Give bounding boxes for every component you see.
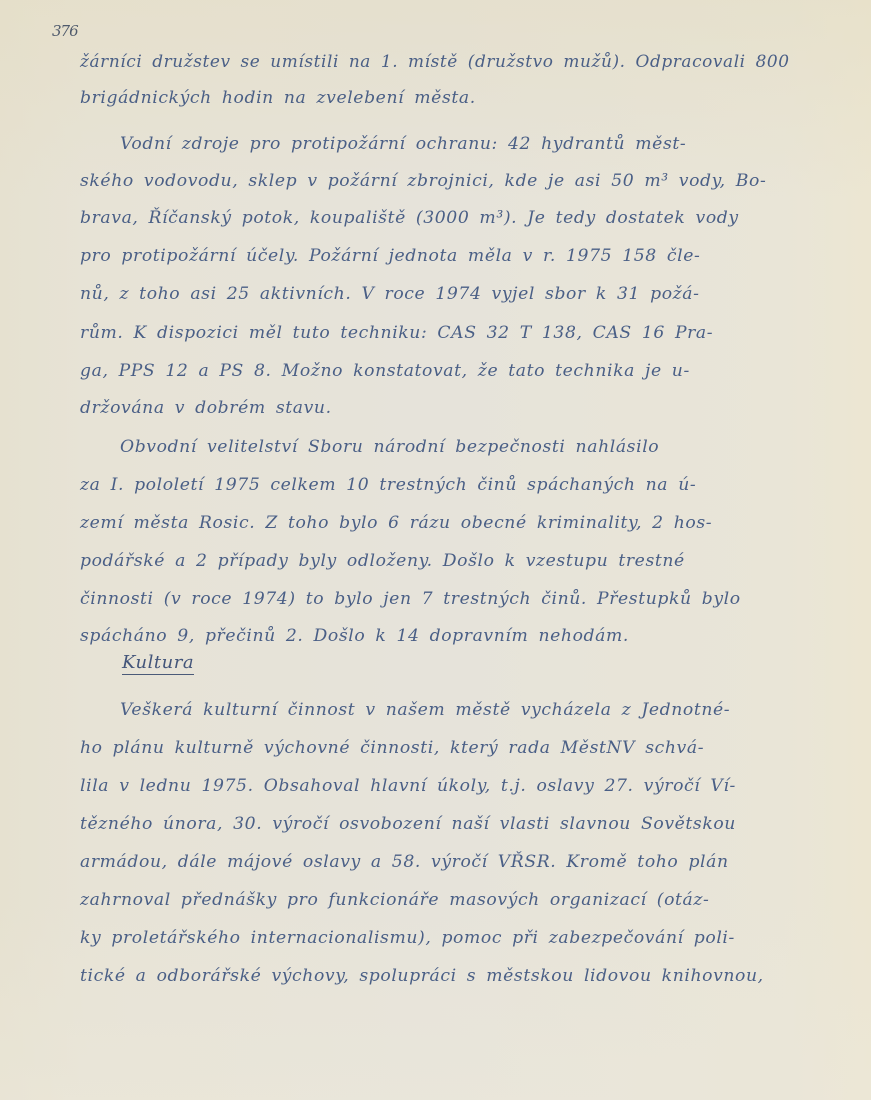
text-line: ky proletářského internacionalismu), pom… [80,928,735,948]
text-line: Vodní zdroje pro protipožární ochranu: 4… [120,134,686,154]
section-heading-kultura: Kultura [122,652,194,675]
handwritten-page: 376 žárníci družstev se umístili na 1. m… [0,0,871,1100]
text-line: ho plánu kulturně výchovné činnosti, kte… [80,738,704,758]
text-line: spácháno 9, přečinů 2. Došlo k 14 doprav… [80,626,629,646]
text-line: lila v lednu 1975. Obsahoval hlavní úkol… [80,776,736,796]
page-number: 376 [52,22,78,40]
text-line: armádou, dále májové oslavy a 58. výročí… [80,852,729,872]
text-line: žárníci družstev se umístili na 1. místě… [80,52,790,72]
text-line: brava, Říčanský potok, koupaliště (3000 … [80,208,739,228]
text-line: ga, PPS 12 a PS 8. Možno konstatovat, že… [80,361,690,381]
text-line: brigádnických hodin na zvelebení města. [80,88,476,108]
text-line: podářské a 2 případy byly odloženy. Došl… [80,551,685,571]
text-line: Obvodní velitelství Sboru národní bezpeč… [120,437,659,457]
text-line: zahrnoval přednášky pro funkcionáře maso… [80,890,709,910]
text-line: zemí města Rosic. Z toho bylo 6 rázu obe… [80,513,712,533]
text-line: za I. pololetí 1975 celkem 10 trestných … [80,475,696,495]
text-line: nů, z toho asi 25 aktivních. V roce 1974… [80,284,700,304]
text-line: rům. K dispozici měl tuto techniku: CAS … [80,323,713,343]
text-line: činnosti (v roce 1974) to bylo jen 7 tre… [80,589,741,609]
text-line: tické a odborářské výchovy, spolupráci s… [80,966,764,986]
text-line: Veškerá kulturní činnost v našem městě v… [120,700,730,720]
text-line: tězného února, 30. výročí osvobození naš… [80,814,736,834]
text-line: pro protipožární účely. Požární jednota … [80,246,700,266]
text-line: ského vodovodu, sklep v požární zbrojnic… [80,171,766,191]
text-line: držována v dobrém stavu. [80,398,332,418]
